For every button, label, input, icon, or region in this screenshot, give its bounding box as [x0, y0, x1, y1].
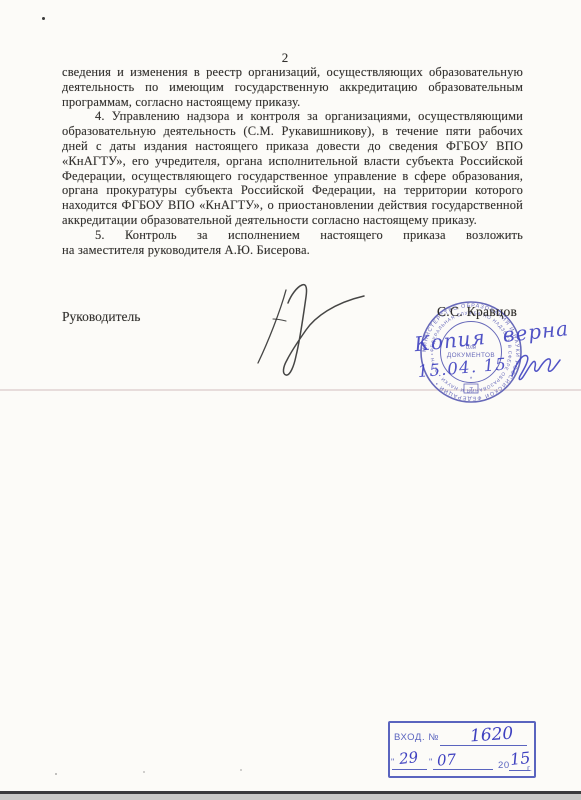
scanned-document-page: 2 сведения и изменения в реестр организа…: [0, 0, 581, 800]
entry-quote-mid: ": [429, 757, 432, 767]
entry-year-suffix: г.: [527, 763, 533, 773]
entry-year-prefix: 20: [498, 760, 510, 771]
entry-month-rule: [433, 769, 493, 770]
body-line: органа прокуратуры субъекта Российской Ф…: [62, 183, 523, 198]
page-number: 2: [278, 50, 292, 66]
certification-text: Копия верна: [412, 318, 570, 356]
certification-date: 15.04. 15: [417, 354, 508, 381]
signature-strokes: [258, 285, 364, 375]
scan-speck: [143, 771, 145, 773]
document-body: сведения и изменения в реестр организаци…: [62, 65, 523, 257]
certification-texts: Копия верна 15.04. 15: [412, 318, 570, 381]
body-line: 4. Управлению надзора и контроля за орга…: [62, 109, 523, 124]
body-line: «КнАГТУ», его учредителя, органа исполни…: [62, 154, 523, 169]
body-line: 5. Контроль за исполнением настоящего пр…: [62, 228, 523, 243]
scan-speck: [55, 773, 57, 775]
incoming-registration-stamp: ВХОД. № 1620 " 29 " 07 20 15 г.: [388, 721, 536, 778]
signatory-title: Руководитель: [62, 309, 140, 325]
body-line: Федерации, осуществляющего государственн…: [62, 169, 523, 184]
entry-quote-open: ": [391, 757, 394, 767]
certifier-paraph: [512, 355, 560, 379]
body-line: сведения и изменения в реестр организаци…: [62, 65, 523, 80]
scan-bottom-shadow: [0, 794, 581, 800]
entry-day-rule: [392, 769, 427, 770]
entry-month-handwritten: 07: [436, 750, 456, 769]
body-line: деятельность по имеющим государственную …: [62, 80, 523, 95]
body-line: находится ФГБОУ ВПО «КнАГТУ», о приостан…: [62, 198, 523, 213]
scan-speck: [42, 17, 45, 20]
entry-number-rule: [440, 745, 527, 746]
entry-label: ВХОД. №: [394, 732, 439, 743]
scan-speck: [240, 769, 242, 771]
body-line: на заместителя руководителя А.Ю. Бисеров…: [62, 243, 523, 258]
body-line: дней с даты издания настоящего приказа д…: [62, 139, 523, 154]
body-line: образовательную деятельность (С.М. Рукав…: [62, 124, 523, 139]
entry-number-handwritten: 1620: [469, 724, 514, 747]
body-line: аккредитации образовательной деятельност…: [62, 213, 523, 228]
entry-day-handwritten: 29: [398, 748, 419, 768]
body-line: программам, согласно настоящему приказу.: [62, 95, 523, 110]
handwritten-signature: [235, 272, 375, 387]
copy-certification-note: Копия верна 15.04. 15: [400, 318, 570, 398]
